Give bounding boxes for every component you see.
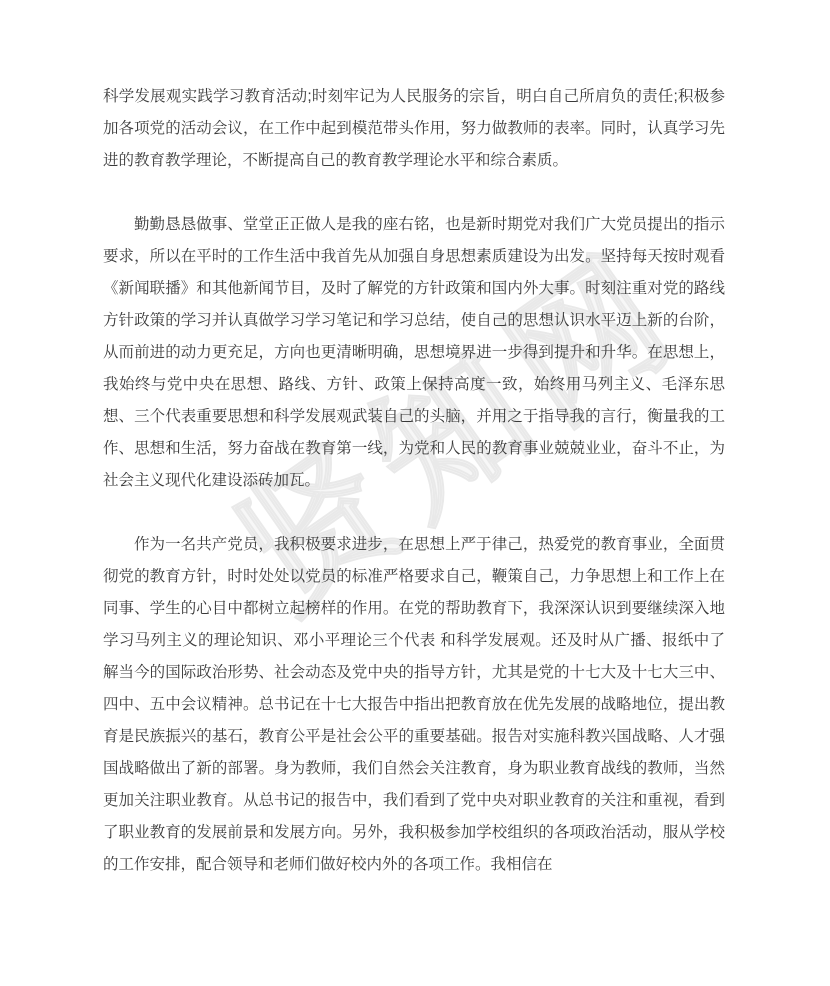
document-page: 贤知网 科学发展观实践学习教育活动;时刻牢记为人民服务的宗旨，明白自己所肩负的责… [0,0,830,986]
paragraph: 勤勤恳恳做事、堂堂正正做人是我的座右铭，也是新时期党对我们广大党员提出的指示要求… [103,209,725,497]
document-content: 科学发展观实践学习教育活动;时刻牢记为人民服务的宗旨，明白自己所肩负的责任;积极… [103,81,725,913]
paragraph-continuation: 科学发展观实践学习教育活动;时刻牢记为人民服务的宗旨，明白自己所肩负的责任;积极… [103,81,725,177]
paragraph: 作为一名共产党员，我积极要求进步，在思想上严于律己，热爱党的教育事业，全面贯彻党… [103,529,725,881]
